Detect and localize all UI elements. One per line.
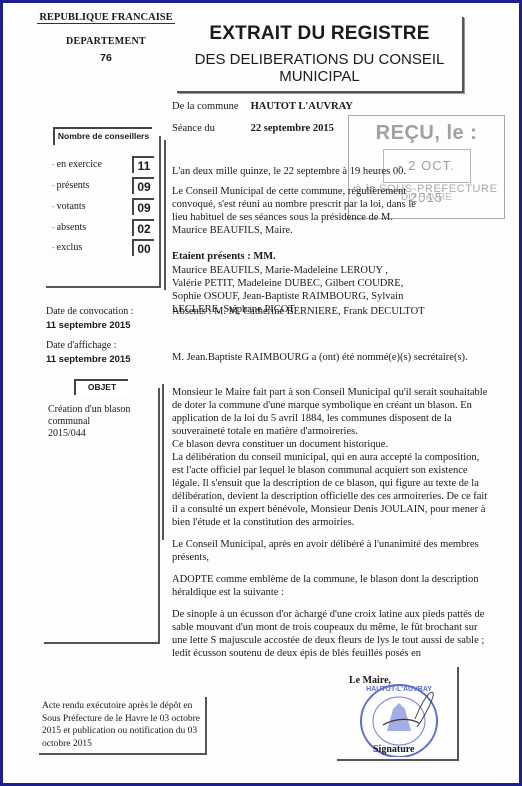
date-convocation: Date de convocation : 11 septembre 2015 — [46, 306, 133, 331]
paragraph-3: La délibération du conseil municipal, qu… — [172, 451, 490, 529]
objet-line1: Création d'un blason — [48, 404, 156, 416]
title-main: EXTRAIT DU REGISTRE — [177, 23, 462, 45]
paragraph-6: De sinople à un écusson d'or àchargé d'u… — [172, 608, 490, 660]
count-row: exclus00 — [52, 239, 156, 257]
count-value: 02 — [132, 219, 154, 236]
affichage-label: Date d'affichage : — [46, 340, 131, 351]
seance-label: Séance du — [172, 123, 248, 134]
header-left: REPUBLIQUE FRANCAISE DEPARTEMENT 76 — [36, 12, 176, 64]
count-value: 09 — [132, 198, 154, 215]
divider-lower — [162, 384, 164, 540]
divider-upper — [164, 140, 166, 290]
convocation-text: Le Conseil Municipal de cette commune, r… — [172, 185, 420, 237]
departement-label: DEPARTEMENT — [36, 36, 176, 47]
count-value: 11 — [132, 156, 154, 173]
title-box: EXTRAIT DU REGISTRE DES DELIBERATIONS DU… — [177, 17, 464, 93]
paragraph-4: Le Conseil Municipal, après en avoir dél… — [172, 538, 490, 564]
executoire-box: Acte rendu exécutoire après le dépôt en … — [39, 697, 207, 755]
opening-text: L'an deux mille quinze, le 22 septembre … — [172, 165, 507, 178]
deliberation-body: Monsieur le Maire fait part à son Consei… — [172, 386, 490, 660]
count-row: présents09 — [52, 177, 156, 195]
secretaire-text: M. Jean.Baptiste RAIMBOURG a (ont) été n… — [172, 351, 502, 364]
seance-row: Séance du 22 septembre 2015 — [172, 123, 334, 134]
signature-box: HAUTOT-L'AUVRAY Le Maire, Signature — [337, 667, 459, 761]
stamp-recu: REÇU, le : — [349, 122, 504, 145]
objet-title: OBJET — [74, 379, 128, 395]
signature-label: Signature — [373, 744, 415, 755]
departement-number: 76 — [36, 52, 176, 64]
count-label: en exercice — [52, 159, 102, 170]
title-sub: DES DELIBERATIONS DU CONSEIL MUNICIPAL — [177, 51, 462, 85]
count-label: votants — [52, 201, 86, 212]
commune-label: De la commune — [172, 101, 248, 112]
commune-row: De la commune HAUTOT L'AUVRAY — [172, 101, 353, 112]
svg-text:HAUTOT-L'AUVRAY: HAUTOT-L'AUVRAY — [366, 686, 432, 693]
count-label: exclus — [52, 242, 82, 253]
date-affichage: Date d'affichage : 11 septembre 2015 — [46, 340, 131, 365]
objet-line2: communal — [48, 416, 156, 428]
paragraph-1: Monsieur le Maire fait part à son Consei… — [172, 386, 490, 438]
count-value: 00 — [132, 239, 154, 256]
republique-label: REPUBLIQUE FRANCAISE — [36, 12, 176, 24]
count-row: en exercice11 — [52, 156, 156, 174]
absents-text: Absents : M. M. Catherine BERNIERE, Fran… — [172, 305, 492, 318]
convocation-label: Date de convocation : — [46, 306, 133, 317]
commune-value: HAUTOT L'AUVRAY — [251, 101, 353, 112]
objet-line3: 2015/044 — [48, 428, 156, 440]
count-row: votants09 — [52, 198, 156, 216]
paragraph-2: Ce blason devra constituer un document h… — [172, 438, 490, 451]
counts-title: Nombre de conseillers — [53, 127, 152, 145]
affichage-value: 11 septembre 2015 — [46, 354, 131, 365]
count-label: absents — [52, 222, 86, 233]
republique-text: REPUBLIQUE FRANCAISE — [37, 12, 174, 24]
count-row: absents02 — [52, 219, 156, 237]
presents-label: Etaient présents : MM. — [172, 250, 276, 263]
objet-text: Création d'un blason communal 2015/044 — [48, 404, 156, 440]
paragraph-5: ADOPTE comme emblème de la commune, le b… — [172, 573, 490, 599]
count-label: présents — [52, 180, 89, 191]
count-value: 09 — [132, 177, 154, 194]
maire-label: Le Maire, — [349, 675, 391, 686]
convocation-value: 11 septembre 2015 — [46, 320, 133, 331]
seance-value: 22 septembre 2015 — [251, 123, 334, 134]
